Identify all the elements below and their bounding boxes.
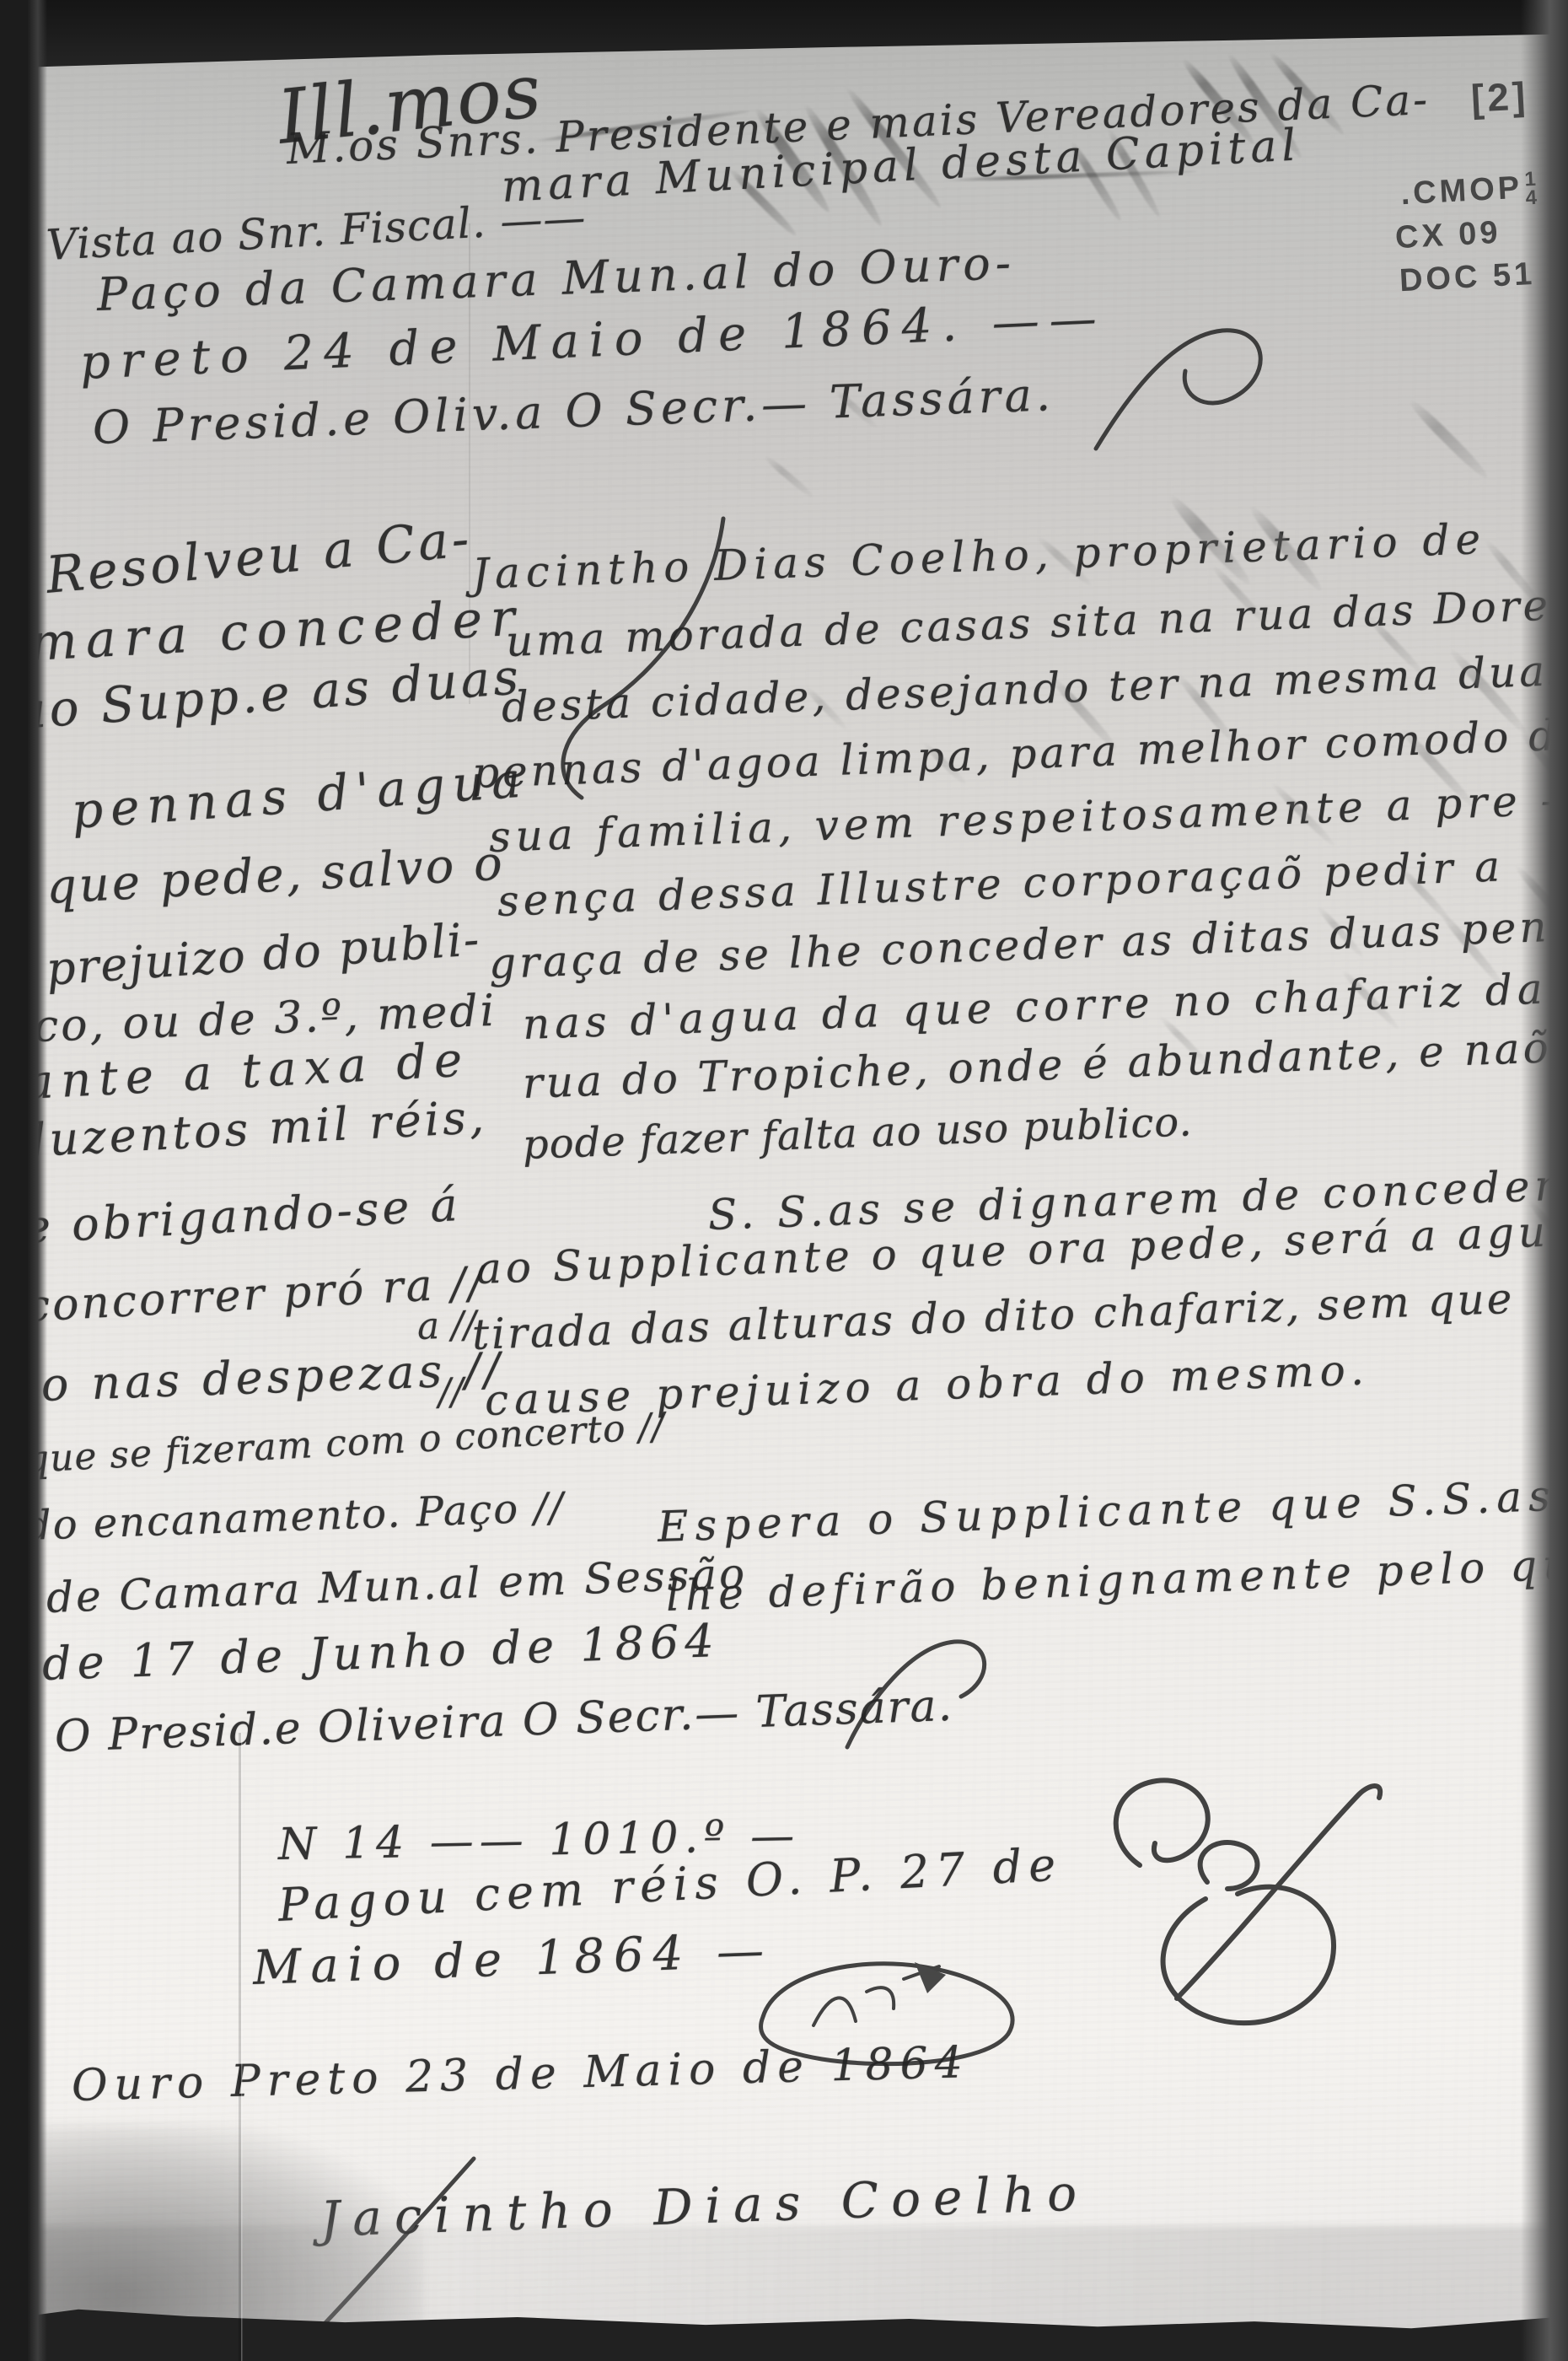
box-stamp: CX 09 (1394, 215, 1502, 257)
pencil-stroke (1398, 726, 1476, 809)
pencil-stroke (1157, 1014, 1212, 1069)
pencil-stroke (1405, 395, 1490, 481)
pencil-stroke (1266, 49, 1346, 137)
pencil-stroke (1209, 562, 1269, 627)
pencil-stroke (1047, 674, 1119, 752)
pencil-stroke (1034, 534, 1093, 588)
pencil-stroke (944, 169, 1197, 181)
pencil-stroke (1512, 863, 1568, 934)
fundo-sub: 4 (1525, 189, 1537, 208)
pencil-stroke (1365, 614, 1426, 677)
page-number-stamp: [2] (1470, 73, 1530, 121)
pencil-stroke (833, 388, 878, 429)
pencil-stroke (1436, 909, 1506, 989)
pencil-stroke (762, 454, 815, 499)
pencil-stroke (1173, 672, 1237, 745)
pencil-stroke (1518, 729, 1568, 796)
pencil-stroke (1179, 56, 1258, 146)
pencil-marks-layer (0, 0, 1568, 2361)
pencil-stroke (532, 109, 749, 144)
pencil-stroke (1315, 905, 1365, 960)
pencil-stroke (1165, 492, 1254, 589)
fundo-code: .CMOP (1400, 170, 1524, 212)
doc-stamp: DOC 51 (1399, 256, 1536, 299)
pencil-stroke (843, 84, 944, 210)
pencil-stroke (728, 167, 799, 239)
pencil-stroke (1340, 968, 1400, 1031)
pencil-stroke (1246, 503, 1325, 594)
scanned-document-page: Ill.mosM.os Snrs. Presidente e mais Vere… (0, 0, 1568, 2361)
pencil-stroke (1105, 127, 1163, 219)
pencil-stroke (803, 685, 849, 732)
pencil-stroke (1525, 1197, 1568, 1257)
pencil-stroke (1446, 646, 1529, 737)
pencil-stroke (751, 105, 834, 216)
pencil-stroke (1481, 537, 1544, 610)
pencil-stroke (1224, 51, 1305, 160)
pencil-stroke (800, 100, 885, 228)
pencil-stroke (1269, 780, 1337, 848)
pencil-stroke (1068, 140, 1125, 223)
pencil-stroke (1396, 863, 1453, 924)
pencil-stroke (921, 740, 968, 786)
